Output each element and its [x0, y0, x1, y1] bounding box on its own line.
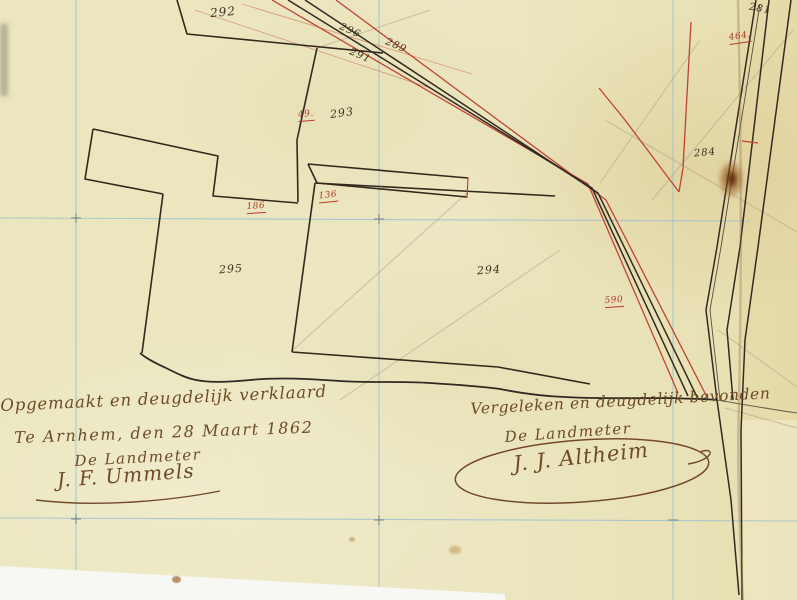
right-signature-loop [453, 431, 711, 511]
survey-grid [0, 0, 797, 600]
right-road-black-lines [706, 0, 791, 600]
diagonal-road-black-lines [288, 0, 698, 399]
red-label-186: 186 [246, 202, 265, 214]
cadastral-map-scan: 292 296 289 291 293 295 294 284 281 49. … [0, 0, 797, 600]
parcel-label-295: 295 [219, 262, 244, 277]
red-label-136: 136 [318, 191, 338, 204]
left-signature-underline [36, 491, 220, 503]
parcel-label-292: 292 [209, 4, 236, 20]
parcel-label-284: 284 [694, 147, 717, 160]
map-linework [0, 0, 797, 600]
red-label-590: 590 [604, 296, 623, 308]
strip-red-end [467, 177, 468, 198]
scanner-background-wedge [0, 566, 505, 600]
right-signature-tail [688, 451, 710, 464]
parcel-label-294: 294 [477, 263, 502, 278]
red-label-49: 49. [298, 110, 315, 122]
